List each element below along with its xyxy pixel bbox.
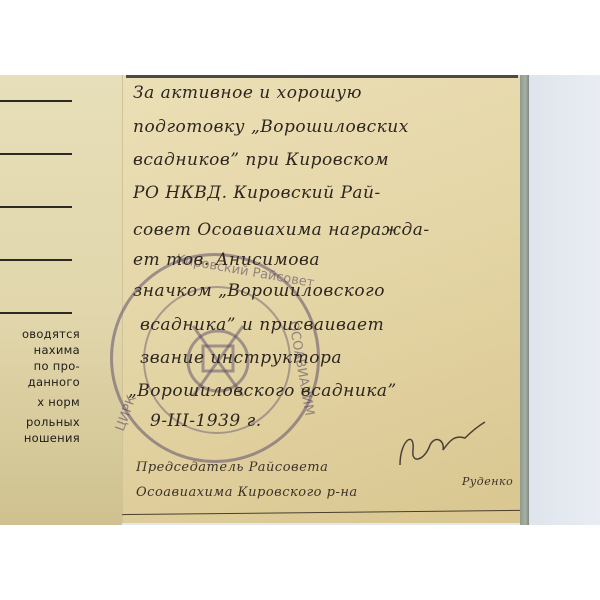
backdrop: [528, 75, 600, 525]
printed-text-line: нахима: [0, 343, 80, 357]
printed-text-line: оводятся: [0, 327, 80, 341]
form-rule: [0, 312, 72, 314]
signatory-name: Руденко: [462, 475, 513, 488]
handwritten-line: РО НКВД. Кировский Рай-: [133, 183, 381, 203]
form-rule: [0, 259, 72, 261]
printed-text-line: ношения: [0, 431, 80, 445]
left-page: оводятся нахима по про- данного х норм р…: [0, 75, 122, 525]
handwritten-line: За активное и хорошую: [133, 83, 362, 103]
handwritten-line: значком „Ворошиловского: [133, 281, 385, 301]
top-rule: [126, 75, 518, 78]
handwritten-line: звание инструктора: [140, 348, 342, 368]
printed-text-line: по про-: [0, 359, 80, 373]
signature-icon: [395, 420, 490, 470]
handwritten-line: 9-III-1939 г.: [150, 411, 262, 431]
printed-text-line: данного: [0, 375, 80, 389]
handwritten-line: всадника” и присваивает: [140, 315, 384, 335]
page-edge: [520, 75, 529, 525]
form-rule: [0, 100, 72, 102]
handwritten-line: „Ворошиловского всадника”: [128, 381, 397, 401]
document-photo: оводятся нахима по про- данного х норм р…: [0, 75, 600, 525]
handwritten-line: совет Осоавиахима награжда-: [133, 220, 430, 240]
handwritten-line: подготовку „Ворошиловских: [133, 117, 409, 137]
form-rule: [0, 206, 72, 208]
handwritten-line: всадников” при Кировском: [133, 150, 389, 170]
handwritten-line: Осоавиахима Кировского р-на: [136, 485, 358, 500]
handwritten-line: Председатель Райсовета: [136, 460, 328, 475]
printed-text-line: рольных: [0, 415, 80, 429]
form-rule: [0, 153, 72, 155]
printed-text-line: х норм: [0, 395, 80, 409]
handwritten-line: ет тов. Анисимова: [133, 250, 320, 270]
